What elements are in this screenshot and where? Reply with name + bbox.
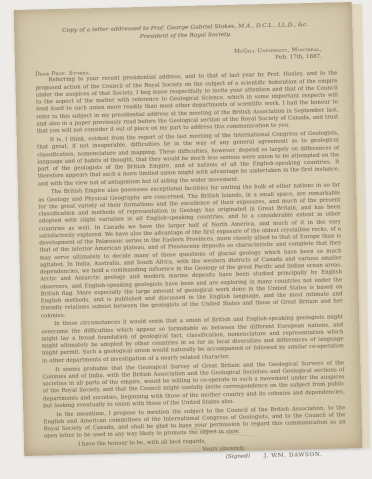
paragraph: It seems probable that the Geological Su… <box>42 360 345 411</box>
signature-line: (Signed) J. WM. DAWSON. <box>44 451 322 466</box>
place-date-block: McGill University, Montreal, Feb. 17th, … <box>35 46 322 68</box>
scanned-letter-scene: Copy of a letter addressed to Prof. Geor… <box>0 0 372 479</box>
paragraph: In these circumstances it would seem tha… <box>41 315 344 366</box>
paragraph: It is, I think, evident from the report … <box>37 130 340 188</box>
letter-content: Copy of a letter addressed to Prof. Geor… <box>14 2 362 456</box>
signature: J. WM. DAWSON. <box>264 452 323 459</box>
paragraph: Referring to your recent presidential ad… <box>35 71 338 136</box>
letter-page: Copy of a letter addressed to Prof. Geor… <box>14 2 362 456</box>
letter-body: Referring to your recent presidential ad… <box>35 71 346 441</box>
letter-heading: Copy of a letter addressed to Prof. Geor… <box>34 21 336 44</box>
signed-label: (Signed) <box>226 454 251 461</box>
paragraph: The British Empire also possesses except… <box>38 183 343 321</box>
